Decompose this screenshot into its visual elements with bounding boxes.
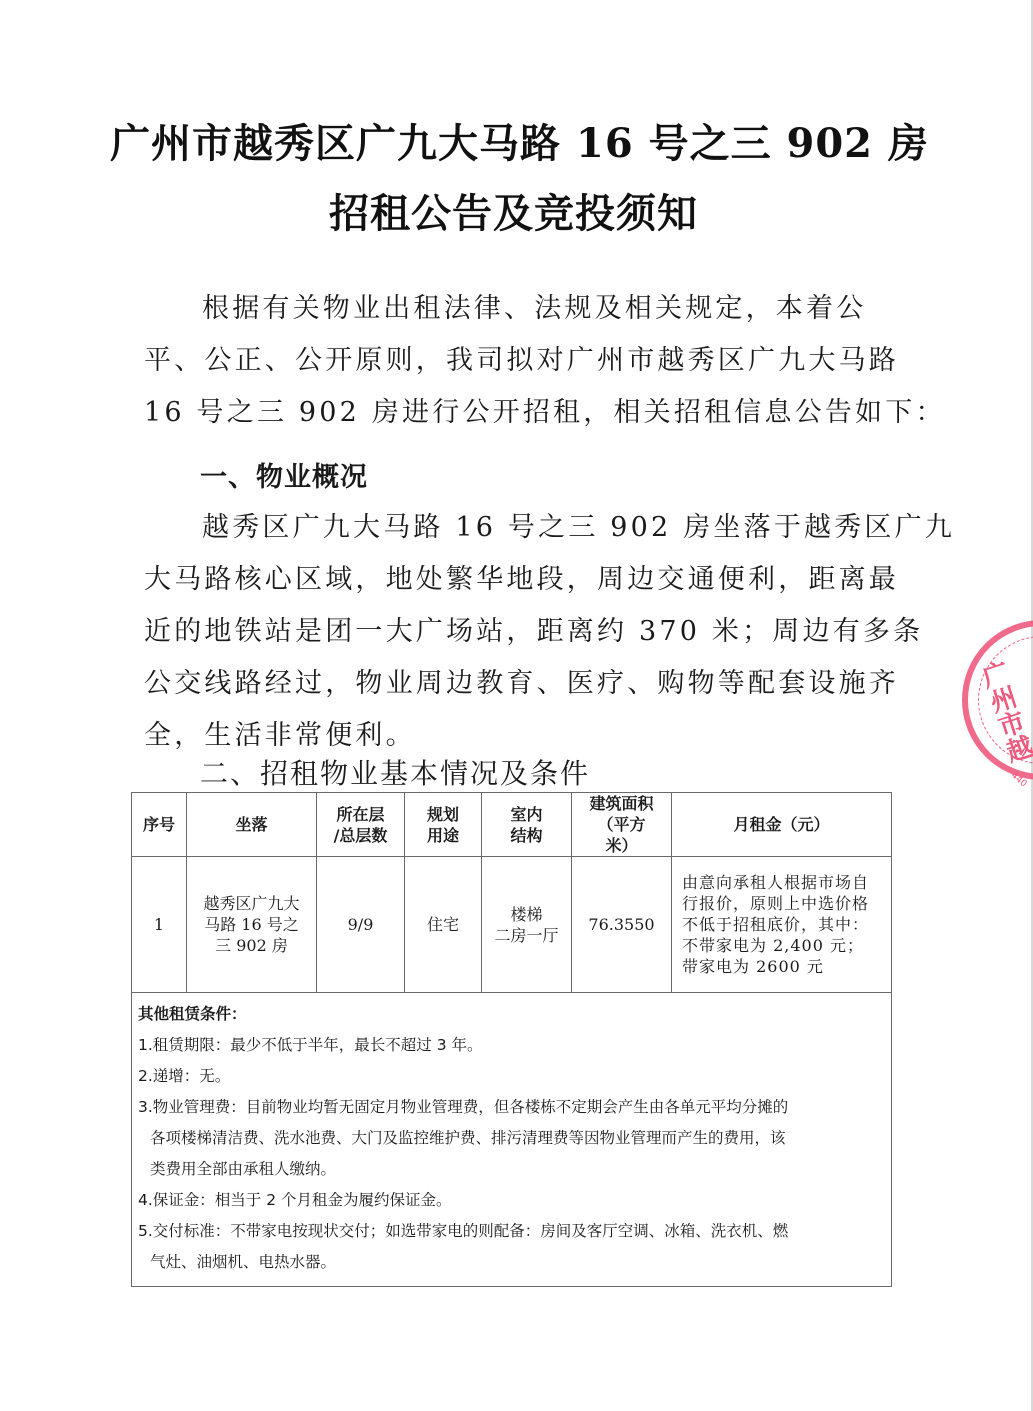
property-table: 序号 坐落 所在层 /总层数 规划 用途 室内 结构 建筑面积 （平方 米） 月… — [131, 792, 892, 1287]
cell-location-l2: 马路 16 号之 — [187, 914, 316, 935]
header-structure: 室内 结构 — [482, 793, 572, 857]
header-area: 建筑面积 （平方 米） — [572, 793, 672, 857]
section1-heading: 一、物业概况 — [200, 455, 368, 494]
condition-item: 5.交付标准：不带家电按现状交付；如选带家电的则配备：房间及客厅空调、冰箱、洗衣… — [138, 1216, 885, 1278]
condition-text: 5.交付标准：不带家电按现状交付；如选带家电的则配备：房间及客厅空调、冰箱、洗衣… — [138, 1222, 788, 1240]
cell-rent-line: 不带家电为 2,400 元； — [682, 935, 885, 956]
cell-structure-l2: 二房一厅 — [482, 925, 571, 946]
intro-line: 根据有关物业出租法律、法规及相关规定，本着公 — [144, 283, 864, 335]
condition-text: 4.保证金：相当于 2 个月租金为履约保证金。 — [138, 1191, 452, 1209]
cell-rent-line: 行报价，原则上中选价格 — [682, 893, 885, 914]
header-floor-l2: /总层数 — [317, 825, 404, 846]
header-usage-l1: 规划 — [405, 804, 481, 825]
cell-rent-line: 不低于招租底价，其中： — [682, 914, 885, 935]
cell-rent-line: 带家电为 2600 元 — [682, 956, 885, 977]
header-area-l3: 米） — [572, 835, 671, 856]
condition-continuation: 类费用全部由承租人缴纳。 — [138, 1154, 885, 1185]
section1-line: 越秀区广九大马路 16 号之三 902 房坐落于越秀区广九 — [144, 502, 864, 554]
cell-no: 1 — [132, 857, 187, 993]
condition-item: 3.物业管理费：目前物业均暂无固定月物业管理费，但各楼栋不定期会产生由各单元平均… — [138, 1092, 885, 1185]
header-usage-l2: 用途 — [405, 825, 481, 846]
conditions-row: 其他租赁条件： 1.租赁期限：最少不低于半年，最长不超过 3 年。 2.递增：无… — [132, 993, 892, 1287]
header-area-l1: 建筑面积 — [572, 793, 671, 814]
header-floor-l1: 所在层 — [317, 804, 404, 825]
condition-text: 2.递增：无。 — [138, 1067, 230, 1085]
cell-location-l3: 三 902 房 — [187, 935, 316, 956]
cell-usage: 住宅 — [405, 857, 482, 993]
conditions-title: 其他租赁条件： — [138, 999, 885, 1030]
header-no: 序号 — [132, 793, 187, 857]
header-floor: 所在层 /总层数 — [317, 793, 405, 857]
document-title-line2: 招租公告及竞投须知 — [0, 182, 1030, 239]
table-row: 1 越秀区广九大 马路 16 号之 三 902 房 9/9 住宅 楼梯 二房一厅… — [132, 857, 892, 993]
section1-line: 近的地铁站是团一大广场站，距离约 370 米；周边有多条 — [144, 606, 864, 658]
cell-structure-l1: 楼梯 — [482, 904, 571, 925]
condition-continuation: 气灶、油烟机、电热水器。 — [138, 1247, 885, 1278]
cell-rent: 由意向承租人根据市场自 行报价，原则上中选价格 不低于招租底价，其中： 不带家电… — [672, 857, 892, 993]
condition-item: 1.租赁期限：最少不低于半年，最长不超过 3 年。 — [138, 1030, 885, 1061]
other-conditions: 其他租赁条件： 1.租赁期限：最少不低于半年，最长不超过 3 年。 2.递增：无… — [132, 993, 892, 1287]
cell-rent-line: 由意向承租人根据市场自 — [682, 872, 885, 893]
header-rent: 月租金（元） — [672, 793, 892, 857]
intro-paragraph: 根据有关物业出租法律、法规及相关规定，本着公 平、公正、公开原则，我司拟对广州市… — [144, 283, 864, 439]
intro-line: 平、公正、公开原则，我司拟对广州市越秀区广九大马路 — [144, 335, 864, 387]
condition-item: 2.递增：无。 — [138, 1061, 885, 1092]
section1-paragraph: 越秀区广九大马路 16 号之三 902 房坐落于越秀区广九 大马路核心区域，地处… — [144, 502, 864, 762]
cell-floor: 9/9 — [317, 857, 405, 993]
condition-continuation: 各项楼梯清洁费、洗水池费、大门及监控维护费、排污清理费等因物业管理而产生的费用，… — [138, 1123, 885, 1154]
document-title-line1: 广州市越秀区广九大马路 16 号之三 902 房 — [3, 112, 1033, 169]
cell-location-l1: 越秀区广九大 — [187, 893, 316, 914]
section1-line: 公交线路经过，物业周边教育、医疗、购物等配套设施齐 — [144, 658, 864, 710]
cell-structure: 楼梯 二房一厅 — [482, 857, 572, 993]
header-area-l2: （平方 — [572, 814, 671, 835]
header-structure-l1: 室内 — [482, 804, 571, 825]
intro-line: 16 号之三 902 房进行公开招租，相关招租信息公告如下： — [144, 387, 864, 439]
header-usage: 规划 用途 — [405, 793, 482, 857]
cell-area: 76.3550 — [572, 857, 672, 993]
condition-text: 1.租赁期限：最少不低于半年，最长不超过 3 年。 — [138, 1036, 483, 1054]
condition-text: 3.物业管理费：目前物业均暂无固定月物业管理费，但各楼栋不定期会产生由各单元平均… — [138, 1098, 788, 1116]
condition-item: 4.保证金：相当于 2 个月租金为履约保证金。 — [138, 1185, 885, 1216]
table-header-row: 序号 坐落 所在层 /总层数 规划 用途 室内 结构 建筑面积 （平方 米） 月… — [132, 793, 892, 857]
section1-line: 大马路核心区域，地处繁华地段，周边交通便利，距离最 — [144, 554, 864, 606]
section2-heading: 二、招租物业基本情况及条件 — [200, 752, 590, 792]
header-structure-l2: 结构 — [482, 825, 571, 846]
cell-location: 越秀区广九大 马路 16 号之 三 902 房 — [187, 857, 317, 993]
header-location: 坐落 — [187, 793, 317, 857]
